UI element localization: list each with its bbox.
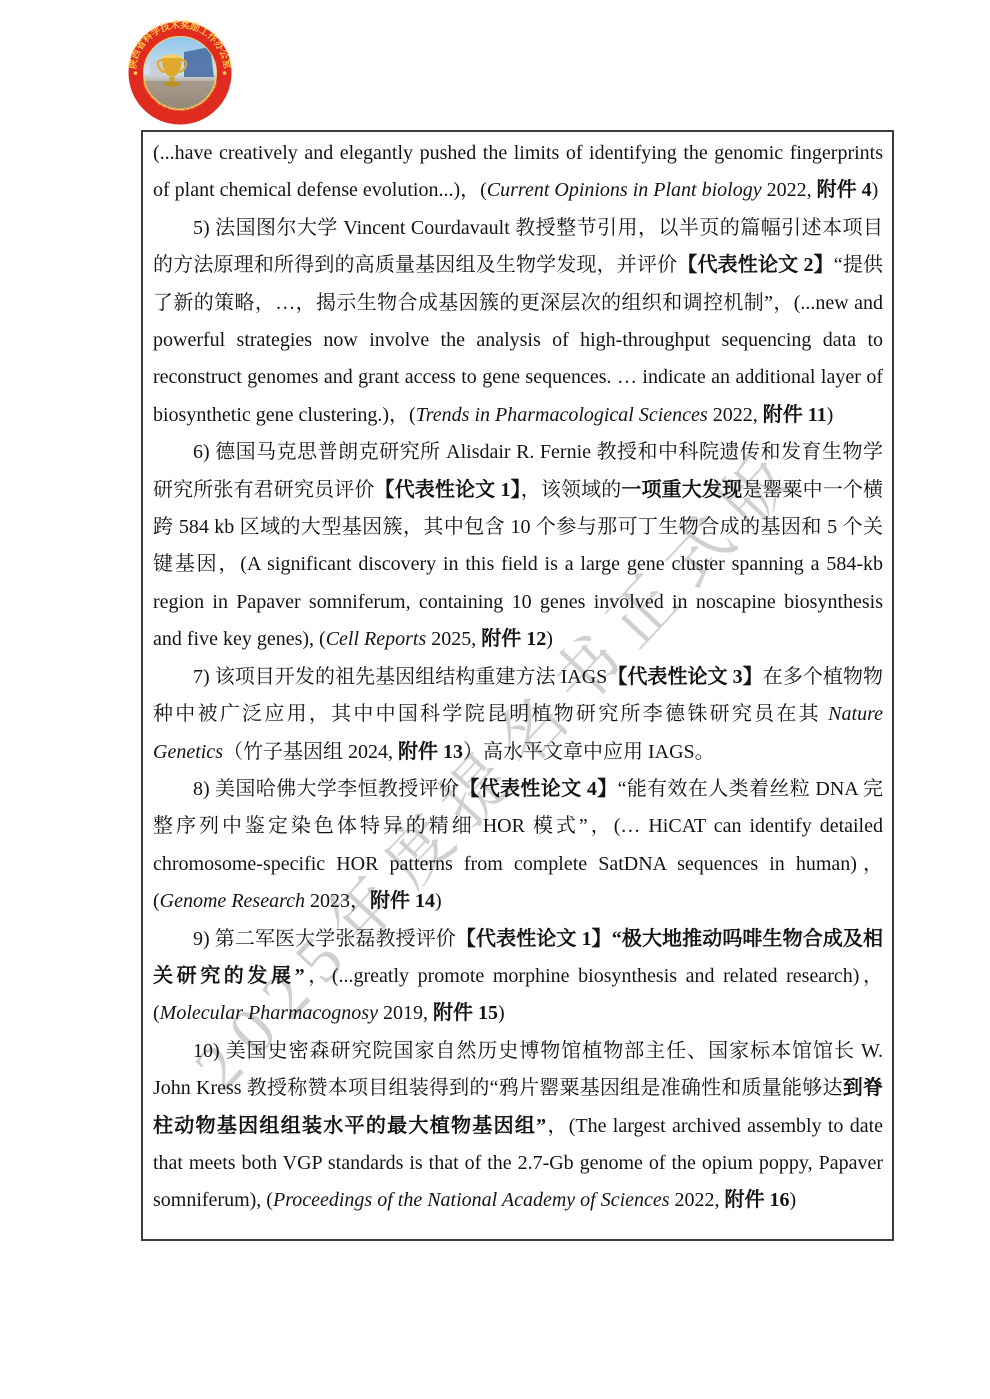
text-segment: 附件 12 xyxy=(481,628,546,650)
text-segment: “提供了新的策略，…，揭示生物合成基因簇的更深层次的组织和调控机制”，(...n… xyxy=(153,254,883,426)
text-segment: 9) 第二军医大学张磊教授评价 xyxy=(193,928,456,950)
text-segment: 附件 13 xyxy=(398,741,463,763)
text-segment: Molecular Pharmacognosy xyxy=(160,1002,378,1024)
paragraph: 9) 第二军医大学张磊教授评价【代表性论文 1】“极大地推动吗啡生物合成及相关研… xyxy=(153,921,883,1033)
text-segment: 附件 4 xyxy=(817,179,872,201)
content-box: (...have creatively and elegantly pushed… xyxy=(141,130,894,1241)
text-segment: 附件 15 xyxy=(433,1002,498,1024)
seal-icon: 陕西省科学技术奖励工作办公室 SHAANXI OFFICE OF SCIENCE… xyxy=(126,19,234,127)
text-segment: ) xyxy=(872,179,879,201)
text-segment: 一项重大发现 xyxy=(621,479,742,501)
text-segment: ) xyxy=(827,404,834,426)
text-segment: （竹子基因组 2024, xyxy=(223,741,398,763)
text-segment: 【代表性论文 2】 xyxy=(677,254,834,276)
paragraph: 6) 德国马克思普朗克研究所 Alisdair R. Fernie 教授和中科院… xyxy=(153,434,883,658)
text-segment: 8) 美国哈佛大学李恒教授评价 xyxy=(193,778,459,800)
building-shape xyxy=(150,59,164,77)
text-segment: 2023， xyxy=(305,890,370,912)
text-segment: 2022, xyxy=(708,404,763,426)
paragraph: 5) 法国图尔大学 Vincent Courdavault 教授整节引用，以半页… xyxy=(153,210,883,434)
text-segment: Genome Research xyxy=(160,890,305,912)
text-segment: ) xyxy=(435,890,442,912)
text-segment: ）高水平文章中应用 IAGS。 xyxy=(463,741,715,763)
text-segment: 附件 16 xyxy=(725,1189,790,1211)
seal-side-dot-right xyxy=(223,71,227,75)
document-body: (...have creatively and elegantly pushed… xyxy=(153,135,883,1220)
text-segment: 2022, xyxy=(670,1189,725,1211)
paragraph: 10) 美国史密森研究院国家自然历史博物馆植物部主任、国家标本馆馆长 W. Jo… xyxy=(153,1033,883,1220)
seal-side-dot-left xyxy=(134,71,138,75)
text-segment: 附件 11 xyxy=(763,404,827,426)
paragraph: 7) 该项目开发的祖先基因组结构重建方法 IAGS【代表性论文 3】在多个植物物… xyxy=(153,659,883,771)
organization-seal-logo: 陕西省科学技术奖励工作办公室 SHAANXI OFFICE OF SCIENCE… xyxy=(126,19,234,127)
text-segment: Trends in Pharmacological Sciences xyxy=(416,404,708,426)
text-segment: ) xyxy=(790,1189,797,1211)
page: { "page": {"width": 990, "height": 1399,… xyxy=(0,0,990,1399)
text-segment: 【代表性论文 1】 xyxy=(375,479,521,501)
text-segment: 【代表性论文 4】 xyxy=(459,778,617,800)
text-segment: Current Opinions in Plant biology xyxy=(487,179,762,201)
text-segment: Cell Reports xyxy=(326,628,427,650)
paragraph: 8) 美国哈佛大学李恒教授评价【代表性论文 4】“能有效在人类着丝粒 DNA 完… xyxy=(153,771,883,921)
text-segment: 2025, xyxy=(426,628,481,650)
text-segment: 10) 美国史密森研究院国家自然历史博物馆植物部主任、国家标本馆馆长 W. Jo… xyxy=(153,1040,883,1099)
text-segment: ) xyxy=(498,1002,505,1024)
paragraph: (...have creatively and elegantly pushed… xyxy=(153,135,883,210)
text-segment: ，该领域的 xyxy=(521,479,622,501)
text-segment: 是罂粟中一个横跨 584 kb 区域的大型基因簇，其中包含 10 个参与那可丁生… xyxy=(153,479,883,651)
text-segment: 附件 14 xyxy=(370,890,435,912)
text-segment: Proceedings of the National Academy of S… xyxy=(273,1189,670,1211)
text-segment: 7) 该项目开发的祖先基因组结构重建方法 IAGS xyxy=(193,666,607,688)
text-segment: ) xyxy=(546,628,553,650)
text-segment: 2019, xyxy=(378,1002,433,1024)
text-segment: 2022, xyxy=(762,179,817,201)
text-segment: 【代表性论文 3】 xyxy=(607,666,763,688)
